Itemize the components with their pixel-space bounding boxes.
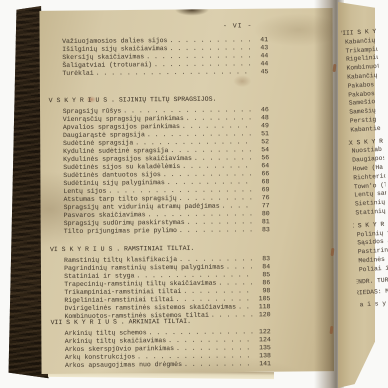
toc-entry-page: 64 [253,162,269,170]
toc-entry-page: 122 [255,328,271,336]
toc-content: - VI - Važiuojamosios dalies sijos. . . … [38,6,337,375]
toc-entry-page: 51 [253,130,269,138]
section-header: VII S K Y R I U S . ARKINIAI TILTAI. [51,317,271,327]
toc-entry-page: 41 [252,36,268,44]
toc-section: VII S K Y R I U S . ARKINIAI TILTAI.Arki… [65,317,271,370]
toc-entry-page: 85 [254,271,270,279]
toc-entry-page: 80 [254,210,270,218]
toc-entry-page: 66 [253,170,269,178]
toc-entry-page: 138 [255,352,271,360]
toc-entry-page: 44 [252,60,268,68]
leader-dots: . . . . . . . . . . . . . . . . . . . . … [184,360,253,369]
toc-entry-title: Arkos apsaugojimas nuo drėgmės [65,361,182,370]
leader-dots: . . . . . . . . . . . . . . . . . . . . … [96,68,251,77]
toc-entry-page: 76 [253,194,269,202]
leader-dots: . . . . . . . . . . . . . . . . . . . . … [222,202,252,210]
toc-sections: Važiuojamosios dalies sijos. . . . . . .… [38,6,334,9]
toc-entry-page: 43 [252,44,268,52]
leader-dots: . . . . . . . . . . . . . . . . . . . . … [226,263,252,271]
toc-section: Važiuojamosios dalies sijos. . . . . . .… [62,36,268,78]
toc-entry-page: 135 [255,344,271,352]
toc-row: Tilto prijungimas prie pylimo. . . . . .… [64,226,270,236]
right-page-line: Poliai ir [359,264,388,275]
toc-entry-page: 45 [252,68,268,76]
toc-entry-page: 98 [254,287,270,295]
toc-row: Turėklai. . . . . . . . . . . . . . . . … [62,68,268,78]
toc-entry-page: 105 [254,295,270,303]
toc-entry-page: 52 [253,138,269,146]
toc-entry-page: 84 [254,263,270,271]
toc-entry-page: 81 [254,218,270,226]
toc-section: VI S K Y R I U S . RAMSTINIAI TILTAI.Ram… [64,244,271,321]
toc-entry-page: 69 [253,186,269,194]
section-header: V S K Y R I U S . SIJINIŲ TILTŲ SPRAGSIJ… [49,95,269,105]
toc-entry-page: 83 [254,226,270,234]
right-page-line: PRIEDAS: Medinių [351,288,388,299]
toc-entry-page: 44 [252,52,268,60]
toc-entry-page: 49 [253,122,269,130]
right-page-line: BENDR. TURI [350,276,388,287]
toc-row: Arkos apsaugojimas nuo drėgmės. . . . . … [65,360,271,370]
toc-section: V S K Y R I U S . SIJINIŲ TILTŲ SPRAGSIJ… [63,95,270,236]
toc-entry-page: 118 [254,303,270,311]
right-page-line: Statinių [355,207,387,218]
toc-entry-page: 46 [253,106,269,114]
right-page-line: Kabantie [350,124,382,135]
toc-entry-page: 77 [254,202,270,210]
toc-entry-page: 48 [253,114,269,122]
toc-entry-page: 141 [255,360,271,368]
toc-entry-title: Tilto prijungimas prie pylimo [64,227,177,236]
leader-dots: . . . . . . . . . . . . . . . . . . . . … [179,226,252,235]
toc-entry-page: 56 [253,154,269,162]
book-photo: - VI - Važiuojamosios dalies sijos. . . … [0,0,388,388]
toc-entry-page: 83 [254,255,270,263]
section-header: VI S K Y R I U S . RAMSTINIAI TILTAI. [50,244,270,254]
page-number-label: - VI - [223,22,252,30]
toc-entry-page: 68 [253,178,269,186]
toc-entry-title: Turėklai [62,70,93,78]
toc-entry-page: 124 [255,336,271,344]
toc-entry-page: 86 [254,279,270,287]
leader-dots: . . . . . . . . . . . . . . . . . . . . … [238,303,252,311]
toc-entry-page: 54 [253,146,269,154]
